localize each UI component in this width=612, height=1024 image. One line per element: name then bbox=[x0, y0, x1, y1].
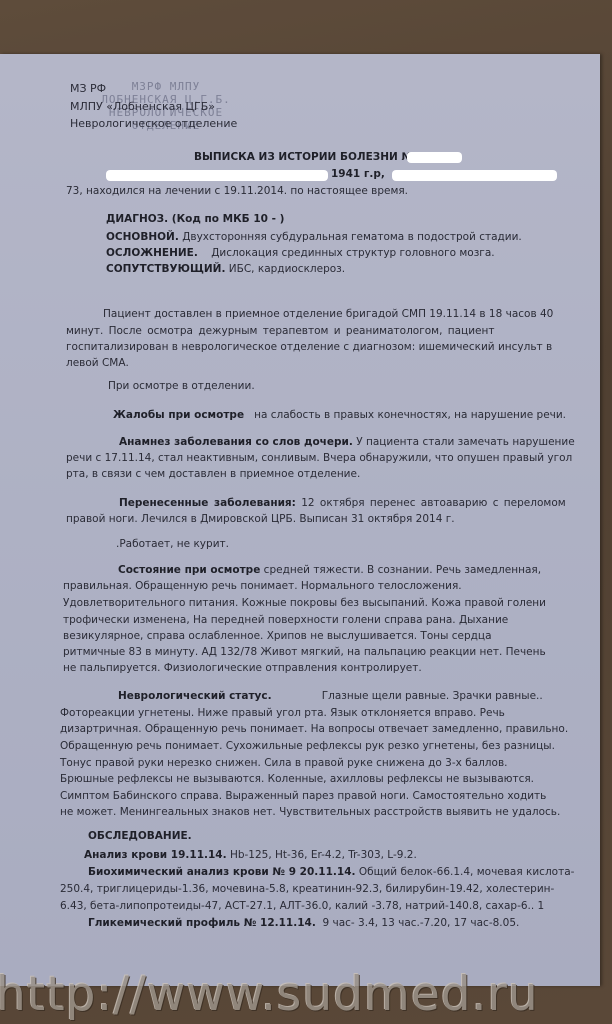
status-line: не пальпируется. Физиологические отправл… bbox=[63, 662, 422, 674]
status-text: средней тяжести. В сознании. Речь замедл… bbox=[264, 564, 541, 576]
exam-intro: При осмотре в отделении. bbox=[108, 380, 255, 392]
anamnesis-line: речи с 17.11.14, стал неактивным, сонлив… bbox=[66, 452, 572, 464]
past-illness-text: 12 октября перенес автоаварию с переломо… bbox=[301, 497, 565, 509]
social-history: .Работает, не курит. bbox=[116, 538, 229, 550]
complaints-text: на слабость в правых конечностях, на нар… bbox=[254, 409, 566, 421]
status-line: трофически изменена, На передней поверхн… bbox=[63, 614, 508, 626]
admission-line: минут. После осмотра дежурным терапевтом… bbox=[66, 325, 494, 337]
complaints: Жалобы при осмотре на слабость в правых … bbox=[113, 409, 566, 421]
past-illness-first-line: Перенесенные заболевания: 12 октября пер… bbox=[119, 497, 566, 509]
header-ministry: МЗ РФ bbox=[70, 82, 106, 95]
diagnosis-main: ОСНОВНОЙ. Двухсторонняя субдуральная гем… bbox=[106, 231, 522, 243]
complaints-label: Жалобы при осмотре bbox=[113, 409, 244, 421]
neuro-line: дизартричная. Обращенную речь понимает. … bbox=[60, 723, 568, 735]
biochem-line: 250.4, триглицериды-1.36, мочевина-5.8, … bbox=[60, 883, 554, 895]
blood-test-label: Анализ крови 19.11.14. bbox=[84, 849, 227, 861]
status-label: Состояние при осмотре bbox=[118, 564, 260, 576]
status-line: ритмичные 83 в минуту. АД 132/78 Живот м… bbox=[63, 646, 546, 658]
watermark-url: http://www.sudmed.ru bbox=[0, 967, 612, 1022]
status-line: везикулярное, справа ослабленное. Хрипов… bbox=[63, 630, 492, 642]
glycemic-profile: Гликемический профиль № 12.11.14. 9 час-… bbox=[88, 917, 519, 929]
neuro-first-line: Неврологический статус. Глазные щели рав… bbox=[118, 690, 543, 702]
header-department: Неврологическое отделение bbox=[70, 117, 237, 130]
past-illness-line: правой ноги. Лечился в Дмировской ЦРБ. В… bbox=[66, 513, 455, 525]
patient-birth-year: 1941 г.р, bbox=[331, 168, 385, 180]
neuro-line: Брюшные рефлексы не вызываются. Коленные… bbox=[60, 773, 534, 785]
redaction-address bbox=[392, 170, 557, 181]
header-institution: МЛПУ «Лобненская ЦГБ» bbox=[70, 100, 215, 113]
diagnosis-concomitant-label: СОПУТСТВУЮЩИЙ. bbox=[106, 263, 225, 275]
admission-line: Пациент доставлен в приемное отделение б… bbox=[103, 308, 553, 320]
neuro-line: Симптом Бабинского справа. Выраженный па… bbox=[60, 790, 546, 802]
neuro-line: Тонус правой руки нерезко снижен. Сила в… bbox=[60, 757, 507, 769]
diagnosis-complication-label: ОСЛОЖНЕНИЕ. bbox=[106, 247, 198, 259]
neuro-line: Обращенную речь понимает. Сухожильные ре… bbox=[60, 740, 555, 752]
biochem-test-label: Биохимический анализ крови № 9 20.11.14. bbox=[88, 866, 356, 878]
neuro-label: Неврологический статус. bbox=[118, 690, 272, 702]
redaction-record-number bbox=[407, 152, 462, 163]
glycemic-profile-label: Гликемический профиль № 12.11.14. bbox=[88, 917, 316, 929]
diagnosis-complication: ОСЛОЖНЕНИЕ. Дислокация срединных структу… bbox=[106, 247, 495, 259]
status-first-line: Состояние при осмотре средней тяжести. В… bbox=[118, 564, 541, 576]
neuro-line: не может. Менингеальных знаков нет. Чувс… bbox=[60, 806, 560, 818]
neuro-line: Фотореакции угнетены. Ниже правый угол р… bbox=[60, 707, 505, 719]
diagnosis-main-label: ОСНОВНОЙ. bbox=[106, 231, 179, 243]
blood-test-values: Hb-125, Ht-36, Er-4.2, Tr-303, L-9.2. bbox=[230, 849, 417, 861]
redaction-patient-name bbox=[106, 170, 328, 181]
examination-heading: ОБСЛЕДОВАНИЕ. bbox=[88, 830, 192, 842]
biochem-test: Биохимический анализ крови № 9 20.11.14.… bbox=[88, 866, 574, 878]
diagnosis-main-text: Двухсторонняя субдуральная гематома в по… bbox=[182, 231, 522, 243]
stamp-line: МЗРФ МЛПУ bbox=[86, 80, 246, 93]
anamnesis-text: У пациента стали замечать нарушение bbox=[356, 436, 575, 448]
past-illness-label: Перенесенные заболевания: bbox=[119, 497, 296, 509]
status-line: Удовлетворительного питания. Кожные покр… bbox=[63, 597, 546, 609]
glycemic-profile-values: 9 час- 3.4, 13 час.-7.20, 17 час-8.05. bbox=[323, 917, 520, 929]
diagnosis-concomitant: СОПУТСТВУЮЩИЙ. ИБС, кардиосклероз. bbox=[106, 263, 345, 275]
diagnosis-complication-text: Дислокация срединных структур головного … bbox=[211, 247, 494, 259]
neuro-text: Глазные щели равные. Зрачки равные.. bbox=[322, 690, 543, 702]
anamnesis-first-line: Анамнез заболевания со слов дочери. У па… bbox=[119, 436, 575, 448]
status-line: правильная. Обращенную речь понимает. Но… bbox=[63, 580, 462, 592]
admission-line: госпитализирован в неврологическое отдел… bbox=[66, 341, 552, 353]
biochem-test-values: Общий белок-66.1.4, мочевая кислота- bbox=[359, 866, 575, 878]
document-title: ВЫПИСКА ИЗ ИСТОРИИ БОЛЕЗНИ № bbox=[194, 151, 414, 163]
admission-line: левой СМА. bbox=[66, 357, 129, 369]
stay-line: 73, находился на лечении с 19.11.2014. п… bbox=[66, 185, 408, 197]
blood-test: Анализ крови 19.11.14. Hb-125, Ht-36, Er… bbox=[84, 849, 417, 861]
diagnosis-concomitant-text: ИБС, кардиосклероз. bbox=[229, 263, 345, 275]
anamnesis-line: рта, в связи с чем доставлен в приемное … bbox=[66, 468, 360, 480]
anamnesis-label: Анамнез заболевания со слов дочери. bbox=[119, 436, 353, 448]
biochem-line: 6.43, бета-липопротеиды-47, АСТ-27.1, АЛ… bbox=[60, 900, 544, 912]
diagnosis-heading: ДИАГНОЗ. (Код по МКБ 10 - ) bbox=[106, 213, 284, 225]
